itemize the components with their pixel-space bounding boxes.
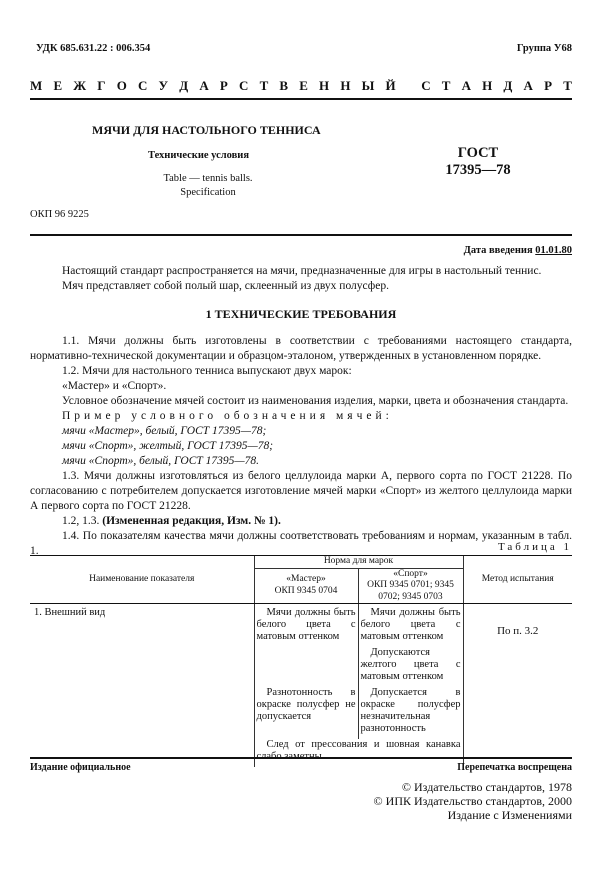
banner-letter: Р <box>220 78 228 94</box>
banner-letter: Т <box>563 78 572 94</box>
banner-letter: Е <box>299 78 308 94</box>
master-tone: Разнотонность в окраске полусфер не допу… <box>254 687 358 739</box>
header-master-okp: ОКП 9345 0704 <box>257 586 356 598</box>
banner-letter: А <box>199 78 208 94</box>
sport-color-text: Мячи должны быть белого цвета с матовым … <box>361 607 461 643</box>
intro-paragraph: Настоящий стандарт распространяется на м… <box>30 264 602 294</box>
banner-letter: Ы <box>362 78 375 94</box>
copyright-block: © Издательство стандартов, 1978 © ИПК Из… <box>374 780 572 822</box>
banner-letter: А <box>524 78 533 94</box>
introduction-date: Дата введения 01.01.80 <box>464 245 572 256</box>
clause-1-1: 1.1. Мячи должны быть изготовлены в соот… <box>30 334 572 364</box>
banner-letter <box>407 78 410 94</box>
date-value: 01.01.80 <box>535 245 572 256</box>
header-master-name: «Мастер» <box>257 574 356 586</box>
banner-letter: Т <box>442 78 451 94</box>
intro-line2: Мяч представляет собой полый шар, склеен… <box>62 279 602 294</box>
english-title: Table — tennis balls. Specification <box>148 172 268 200</box>
example-3: мячи «Спорт», белый, ГОСТ 17395—78. <box>30 454 572 469</box>
banner-letter: Т <box>260 78 269 94</box>
english-title-line2: Specification <box>148 186 268 200</box>
example-2: мячи «Спорт», желтый, ГОСТ 17395—78; <box>30 439 572 454</box>
footer-rule <box>30 757 572 759</box>
header-sport-okp: ОКП 9345 0701; 9345 0702; 9345 0703 <box>361 580 461 603</box>
header-method: Метод испытания <box>463 556 572 604</box>
sport-yellow-text: Допускаются желтого цвета с матовым отте… <box>361 647 461 683</box>
requirements-table: Наименование показателя Норма для марок … <box>30 555 572 767</box>
sport-tone-text: Допускается в окраске полусфер незначите… <box>361 687 461 735</box>
amendment-text: (Измененная редакция, Изм. № 1). <box>102 515 281 527</box>
official-edition: Издание официальное <box>30 762 131 773</box>
sport-appearance: Мячи должны быть белого цвета с матовым … <box>358 604 463 648</box>
requirements-text: 1.1. Мячи должны быть изготовлены в соот… <box>30 334 572 559</box>
banner-letter: Д <box>503 78 512 94</box>
header-sport-name: «Спорт» <box>361 569 461 581</box>
sport-yellow: Допускаются желтого цвета с матовым отте… <box>358 647 463 687</box>
header-master: «Мастер» ОКП 9345 0704 <box>254 568 358 604</box>
interstate-standard-banner: МЕЖГОСУДАРСТВЕННЫЙ СТАНДАРТ <box>30 78 572 94</box>
header-rule <box>30 98 572 100</box>
row-indicator: 1. Внешний вид <box>30 604 254 768</box>
clause-1-2: 1.2. Мячи для настольного тенниса выпуск… <box>30 364 572 379</box>
example-1: мячи «Мастер», белый, ГОСТ 17395—78; <box>30 424 572 439</box>
banner-letter: Р <box>544 78 552 94</box>
pressing-mark-text: След от прессования и шовная канавка сла… <box>257 739 461 763</box>
master-color-text: Мячи должны быть белого цвета с матовым … <box>257 607 356 643</box>
clause-1-3: 1.3. Мячи должны изготовляться из белого… <box>30 469 572 514</box>
intro-line1: Настоящий стандарт распространяется на м… <box>62 264 602 279</box>
gost-label: ГОСТ <box>438 145 518 162</box>
banner-letter: Н <box>340 78 350 94</box>
sport-tone: Допускается в окраске полусфер незначите… <box>358 687 463 739</box>
banner-letter: Н <box>482 78 492 94</box>
group-code: Группа У68 <box>517 43 572 54</box>
banner-letter: У <box>159 78 169 94</box>
edition-note: Издание с Изменениями <box>374 808 572 822</box>
table-header-row-1: Наименование показателя Норма для марок … <box>30 556 572 569</box>
pressing-mark: След от прессования и шовная канавка сла… <box>254 739 463 767</box>
table-row: 1. Внешний вид Мячи должны быть белого ц… <box>30 604 572 648</box>
banner-letter: Н <box>319 78 329 94</box>
amendment-prefix: 1.2, 1.3. <box>62 515 99 527</box>
amendment-note: 1.2, 1.3. (Измененная редакция, Изм. № 1… <box>30 514 572 529</box>
banner-letter: Г <box>97 78 105 94</box>
banner-letter: Е <box>53 78 62 94</box>
udk-code: УДК 685.631.22 : 006.354 <box>36 43 150 54</box>
banner-letter: Ж <box>73 78 86 94</box>
master-tone-text: Разнотонность в окраске полусфер не допу… <box>257 687 356 723</box>
clause-1-2-designation: Условное обозначение мячей состоит из на… <box>30 394 572 409</box>
banner-letter: Д <box>179 78 188 94</box>
header-indicator: Наименование показателя <box>30 556 254 604</box>
banner-letter: М <box>30 78 42 94</box>
copyright-1978: © Издательство стандартов, 1978 <box>374 780 572 794</box>
title-rule <box>30 234 572 236</box>
banner-letter: С <box>421 78 430 94</box>
english-title-line1: Table — tennis balls. <box>148 172 268 186</box>
gost-code: 17395—78 <box>438 162 518 179</box>
document-title: МЯЧИ ДЛЯ НАСТОЛЬНОГО ТЕННИСА <box>92 123 321 138</box>
master-appearance: Мячи должны быть белого цвета с матовым … <box>254 604 358 648</box>
banner-letter: С <box>138 78 147 94</box>
gost-number: ГОСТ 17395—78 <box>438 145 518 179</box>
section-heading: 1 ТЕХНИЧЕСКИЕ ТРЕБОВАНИЯ <box>30 307 572 322</box>
document-subtitle: Технические условия <box>148 150 249 161</box>
banner-letter: А <box>462 78 471 94</box>
row-method: По п. 3.2 <box>463 604 572 768</box>
copyright-2000: © ИПК Издательство стандартов, 2000 <box>374 794 572 808</box>
header-norm-group: Норма для марок <box>254 556 463 569</box>
banner-letter: В <box>279 78 288 94</box>
banner-letter: О <box>117 78 127 94</box>
header-sport: «Спорт» ОКП 9345 0701; 9345 0702; 9345 0… <box>358 568 463 604</box>
clause-1-2-brands: «Мастер» и «Спорт». <box>30 379 572 394</box>
banner-letter: С <box>239 78 248 94</box>
master-empty <box>254 647 358 687</box>
table-caption: Таблица 1 <box>498 541 572 553</box>
okp-code: ОКП 96 9225 <box>30 209 89 220</box>
example-title: Пример условного обозначения мячей: <box>30 409 572 424</box>
banner-letter: Й <box>386 78 396 94</box>
reprint-prohibited: Перепечатка воспрещена <box>457 762 572 773</box>
date-label: Дата введения <box>464 245 533 256</box>
